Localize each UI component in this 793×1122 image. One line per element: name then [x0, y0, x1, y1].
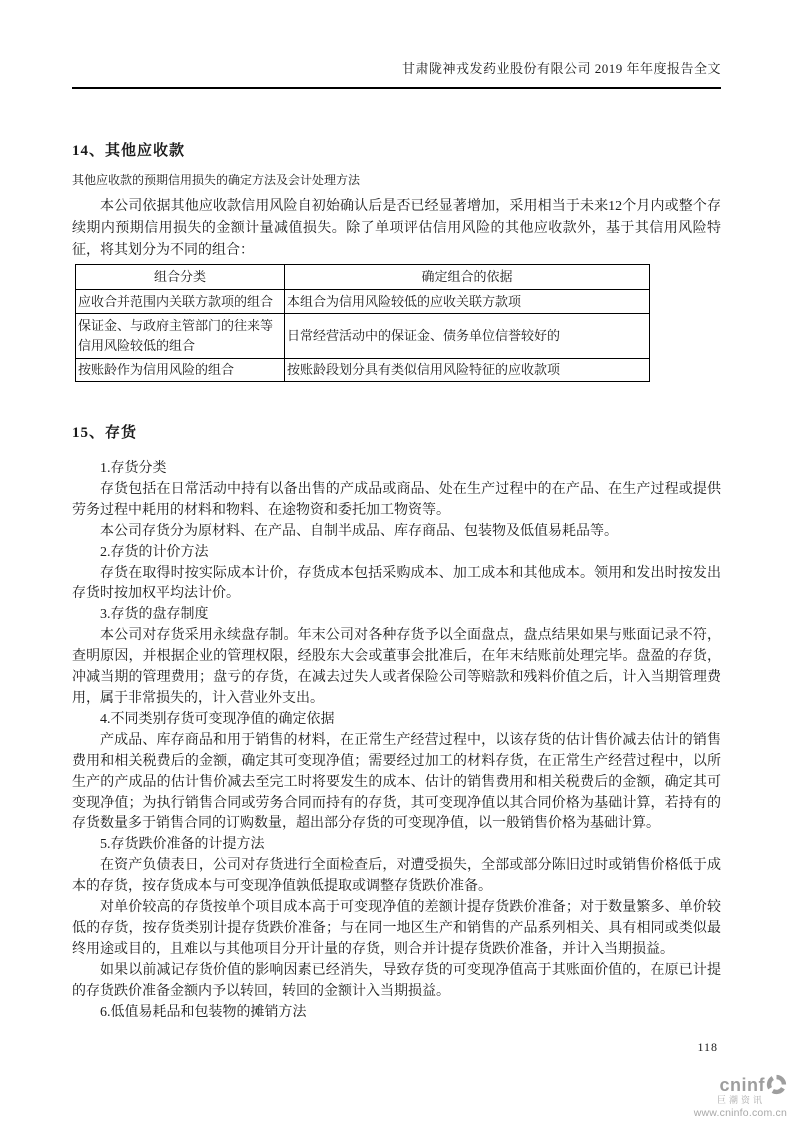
table-header-group-basis: 确定组合的依据	[285, 265, 650, 290]
body-paragraph: 如果以前减记存货价值的影响因素已经消失，导致存货的可变现净值高于其账面价值的，在…	[72, 961, 721, 1003]
cninfo-logo-text: cninf	[720, 1076, 766, 1094]
body-paragraph: 存货在取得时按实际成本计价，存货成本包括采购成本、加工成本和其他成本。领用和发出…	[72, 564, 721, 606]
table-cell-category: 保证金、与政府主管部门的往来等信用风险较低的组合	[76, 314, 285, 359]
table-cell-basis: 日常经营活动中的保证金、债务单位信誉较好的	[285, 314, 650, 359]
section-14-paragraph: 本公司依据其他应收款信用风险自初始确认后是否已经显著增加，采用相当于未来12个月…	[72, 196, 721, 262]
body-paragraph: 本公司存货分为原材料、在产品、自制半成品、库存商品、包装物及低值易耗品等。	[72, 522, 721, 543]
section-15-heading: 15、存货	[72, 421, 137, 442]
body-paragraph: 存货包括在日常活动中持有以备出售的产成品或商品、处在生产过程中的在产品、在生产过…	[72, 480, 721, 522]
table-cell-basis: 本组合为信用风险较低的应收关联方款项	[285, 290, 650, 314]
table-cell-category: 按账龄作为信用风险的组合	[76, 359, 285, 382]
table-row: 保证金、与政府主管部门的往来等信用风险较低的组合 日常经营活动中的保证金、债务单…	[76, 314, 650, 359]
cninfo-logo-url: www.cninfo.com.cn	[677, 1108, 787, 1119]
report-title: 甘肃陇神戎发药业股份有限公司 2019 年年度报告全文	[402, 61, 721, 76]
table-row: 按账龄作为信用风险的组合 按账龄段划分具有类似信用风险特征的应收款项	[76, 359, 650, 382]
body-paragraph: 6.低值易耗品和包装物的摊销方法	[72, 1003, 721, 1024]
section-14-heading: 14、其他应收款	[72, 139, 185, 160]
body-paragraph: 3.存货的盘存制度	[72, 605, 721, 626]
body-paragraph: 本公司对存货采用永续盘存制。年末公司对各种存货予以全面盘点，盘点结果如果与账面记…	[72, 626, 721, 710]
section-15-body: 1.存货分类 存货包括在日常活动中持有以备出售的产成品或商品、处在生产过程中的在…	[72, 459, 721, 1023]
table-row: 应收合并范围内关联方款项的组合 本组合为信用风险较低的应收关联方款项	[76, 290, 650, 314]
page-number: 118	[697, 1040, 718, 1055]
table-cell-basis: 按账龄段划分具有类似信用风险特征的应收款项	[285, 359, 650, 382]
cninfo-logo: cninf 巨潮资讯 www.cninfo.com.cn	[677, 1074, 787, 1119]
cninfo-swirl-icon	[766, 1074, 787, 1095]
cninfo-logo-subtext: 巨潮资讯	[677, 1096, 765, 1105]
body-paragraph: 5.存货跌价准备的计提方法	[72, 835, 721, 856]
page-header: 甘肃陇神戎发药业股份有限公司 2019 年年度报告全文	[72, 60, 721, 89]
body-paragraph: 1.存货分类	[72, 459, 721, 480]
receivables-grouping-table: 组合分类 确定组合的依据 应收合并范围内关联方款项的组合 本组合为信用风险较低的…	[75, 264, 650, 382]
document-page: 甘肃陇神戎发药业股份有限公司 2019 年年度报告全文 14、其他应收款 其他应…	[0, 0, 793, 1122]
body-paragraph: 在资产负债表日，公司对存货进行全面检查后，对遭受损失，全部或部分陈旧过时或销售价…	[72, 856, 721, 898]
table-header-group-category: 组合分类	[76, 265, 285, 290]
section-14-subtitle: 其他应收款的预期信用损失的确定方法及会计处理方法	[72, 172, 721, 188]
table-cell-category: 应收合并范围内关联方款项的组合	[76, 290, 285, 314]
body-paragraph: 产成品、库存商品和用于销售的材料，在正常生产经营过程中，以该存货的估计售价减去估…	[72, 731, 721, 836]
body-paragraph: 4.不同类别存货可变现净值的确定依据	[72, 710, 721, 731]
body-paragraph: 对单价较高的存货按单个项目成本高于可变现净值的差额计提存货跌价准备；对于数量繁多…	[72, 898, 721, 961]
body-paragraph: 2.存货的计价方法	[72, 543, 721, 564]
table-header-row: 组合分类 确定组合的依据	[76, 265, 650, 290]
